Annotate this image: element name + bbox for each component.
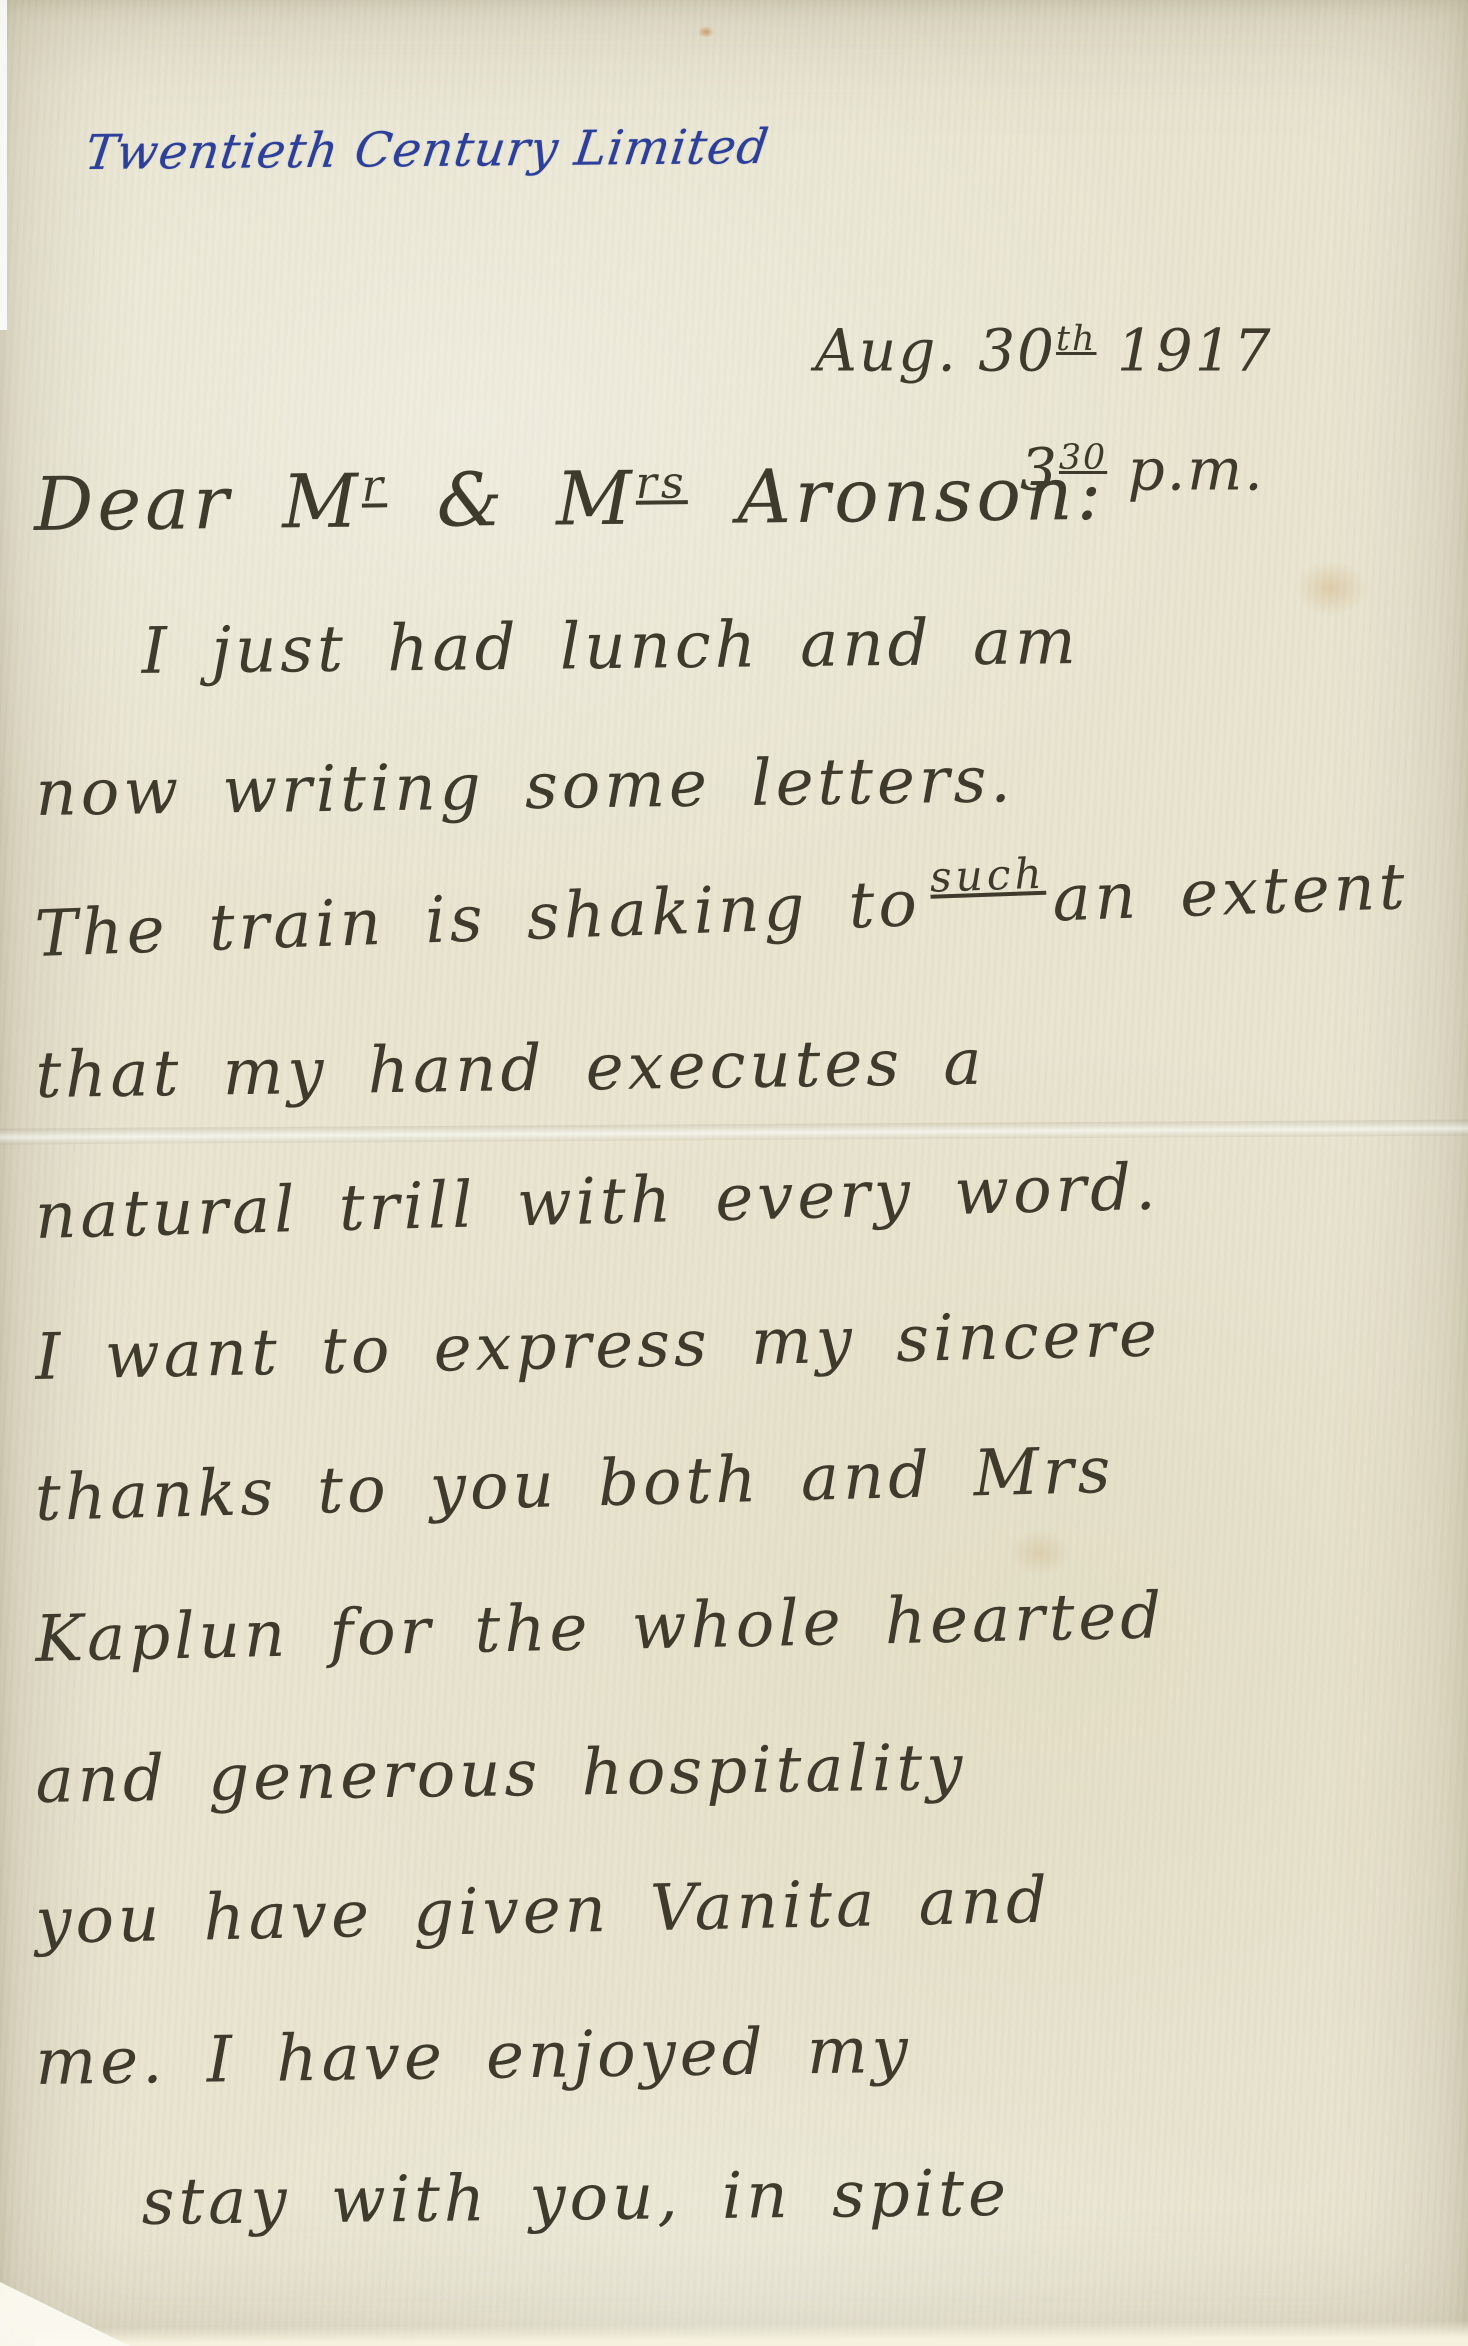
paper-corner — [0, 2282, 130, 2346]
date-line: Aug. 30th 1917 — [815, 285, 1375, 404]
letter-page: Twentieth Century Limited Aug. 30th 1917… — [0, 0, 1468, 2346]
date-year: 1917 — [1117, 316, 1273, 384]
foxing-stain — [698, 26, 714, 38]
mr-superscript: r — [361, 461, 387, 512]
date-day-suffix: th — [1056, 319, 1096, 359]
body-line-text: an extent — [1051, 850, 1410, 936]
letterhead-title: Twentieth Century Limited — [82, 119, 773, 181]
body-line: Kaplun for the whole hearted — [35, 1573, 1450, 1744]
body-line: I just had lunch and am — [35, 601, 1448, 757]
body-line: you have given Vanita and — [35, 1855, 1450, 2026]
letter-body: I just had lunch and am now writing some… — [36, 616, 1448, 2308]
mrs-superscript: rs — [635, 457, 688, 509]
body-line: stay with you, in spite — [35, 2152, 1448, 2308]
time-meridiem: p.m. — [1128, 436, 1265, 504]
date-year-space — [1096, 316, 1116, 384]
date-month-day: Aug. 30 — [815, 316, 1056, 384]
body-line: me. I have enjoyed my — [35, 2006, 1449, 2167]
salutation-mid: & M — [387, 456, 637, 545]
time-space — [1107, 436, 1127, 504]
salutation: Dear Mr & Mrs Aronson: — [34, 451, 1106, 548]
salutation-prefix: Dear M — [34, 459, 363, 548]
paper-bottom-edge — [34, 2321, 1468, 2346]
scan-edge — [0, 0, 7, 330]
salutation-suffix: Aronson: — [687, 451, 1106, 541]
inserted-word: such — [929, 849, 1046, 902]
